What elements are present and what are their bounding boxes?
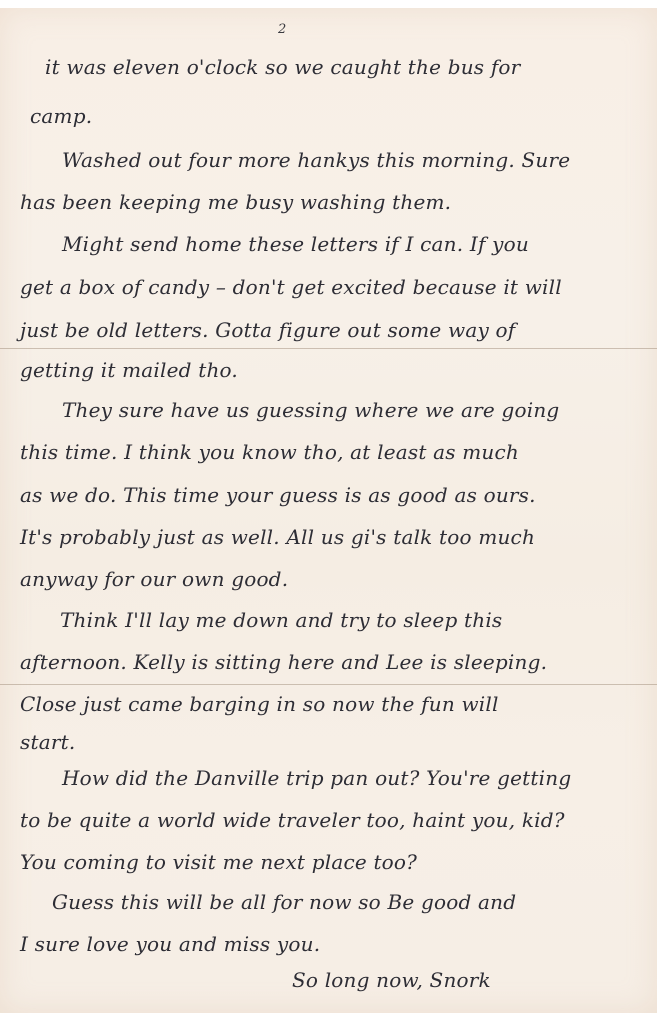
letter-line: as we do. This time your guess is as goo…: [20, 483, 536, 507]
letter-line: afternoon. Kelly is sitting here and Lee…: [20, 650, 547, 674]
letter-line: How did the Danville trip pan out? You'r…: [62, 766, 571, 790]
letter-line: Think I'll lay me down and try to sleep …: [60, 608, 502, 632]
letter-line: Washed out four more hankys this morning…: [62, 148, 570, 172]
letter-line: getting it mailed tho.: [20, 358, 238, 382]
letter-line: They sure have us guessing where we are …: [62, 398, 559, 422]
letter-line: Guess this will be all for now so Be goo…: [52, 890, 516, 914]
letter-line: I sure love you and miss you.: [20, 932, 320, 956]
letter-line: it was eleven o'clock so we caught the b…: [45, 55, 520, 79]
letter-line: It's probably just as well. All us gi's …: [20, 525, 535, 549]
fold-crease: [0, 348, 657, 349]
letter-line: has been keeping me busy washing them.: [20, 190, 451, 214]
letter-line: Close just came barging in so now the fu…: [20, 692, 499, 716]
letter-line: get a box of candy – don't get excited b…: [20, 275, 562, 299]
letter-line: start.: [20, 730, 75, 754]
letter-line: to be quite a world wide traveler too, h…: [20, 808, 565, 832]
page-number: 2: [278, 22, 286, 37]
letter-line: anyway for our own good.: [20, 567, 288, 591]
signature-line: So long now, Snork: [292, 968, 491, 992]
letter-line: Might send home these letters if I can. …: [62, 232, 529, 256]
letter-line: camp.: [30, 104, 92, 128]
letter-line: just be old letters. Gotta figure out so…: [20, 318, 515, 342]
letter-line: You coming to visit me next place too?: [20, 850, 417, 874]
fold-crease: [0, 684, 657, 685]
letter-line: this time. I think you know tho, at leas…: [20, 440, 519, 464]
